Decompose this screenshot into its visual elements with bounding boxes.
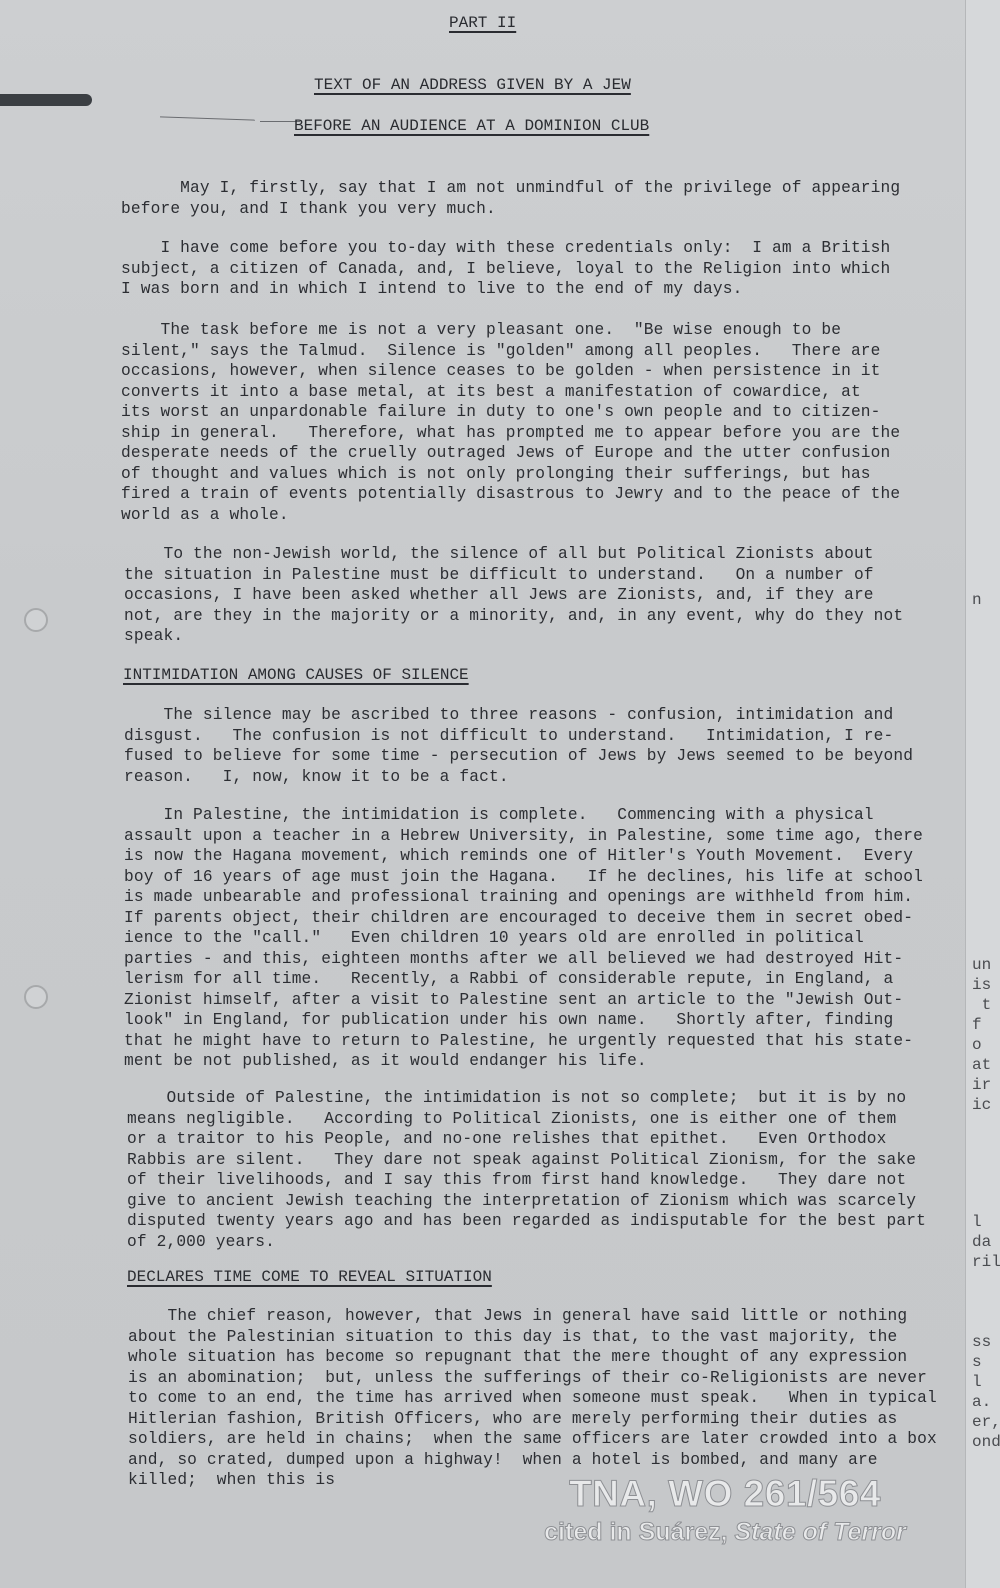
scratch-mark: [160, 116, 255, 120]
paragraph: Outside of Palestine, the intimidation i…: [127, 1088, 926, 1252]
punch-hole: [24, 608, 48, 632]
edge-text-fragment: un is t f o at ir ic: [972, 935, 991, 1115]
paragraph: To the non-Jewish world, the silence of …: [124, 544, 903, 647]
adjacent-page-edge: n un is t f o at ir icl da ril ss s l a.…: [965, 0, 1000, 1588]
edge-text-fragment: n: [972, 590, 982, 610]
citation-watermark: TNA, WO 261/564 cited in Suárez, State o…: [490, 1472, 960, 1548]
staple-mark: [0, 94, 92, 106]
paragraph: I have come before you to-day with these…: [121, 238, 890, 300]
section-heading-intimidation: INTIMIDATION AMONG CAUSES OF SILENCE: [123, 666, 469, 684]
punch-hole: [24, 985, 48, 1009]
document-page: PART II TEXT OF AN ADDRESS GIVEN BY A JE…: [0, 0, 965, 1588]
part-label: PART II: [449, 14, 516, 32]
title-line-1: TEXT OF AN ADDRESS GIVEN BY A JEW: [314, 76, 631, 94]
citation-prefix: cited in Suárez,: [544, 1518, 734, 1546]
title-line-2: BEFORE AN AUDIENCE AT A DOMINION CLUB: [294, 117, 649, 135]
edge-text-fragment: l da ril ss s l a. er, ond: [972, 1212, 1000, 1452]
citation-book-title: State of Terror: [735, 1518, 906, 1546]
archive-reference: TNA, WO 261/564: [490, 1472, 960, 1516]
citation-source: cited in Suárez, State of Terror: [490, 1516, 960, 1548]
paragraph: May I, firstly, say that I am not unmind…: [121, 178, 900, 219]
paragraph: The task before me is not a very pleasan…: [121, 320, 900, 525]
paragraph: The chief reason, however, that Jews in …: [128, 1306, 937, 1491]
paragraph: In Palestine, the intimidation is comple…: [124, 805, 923, 1072]
paragraph: The silence may be ascribed to three rea…: [124, 705, 913, 787]
section-heading-declares: DECLARES TIME COME TO REVEAL SITUATION: [127, 1268, 492, 1286]
